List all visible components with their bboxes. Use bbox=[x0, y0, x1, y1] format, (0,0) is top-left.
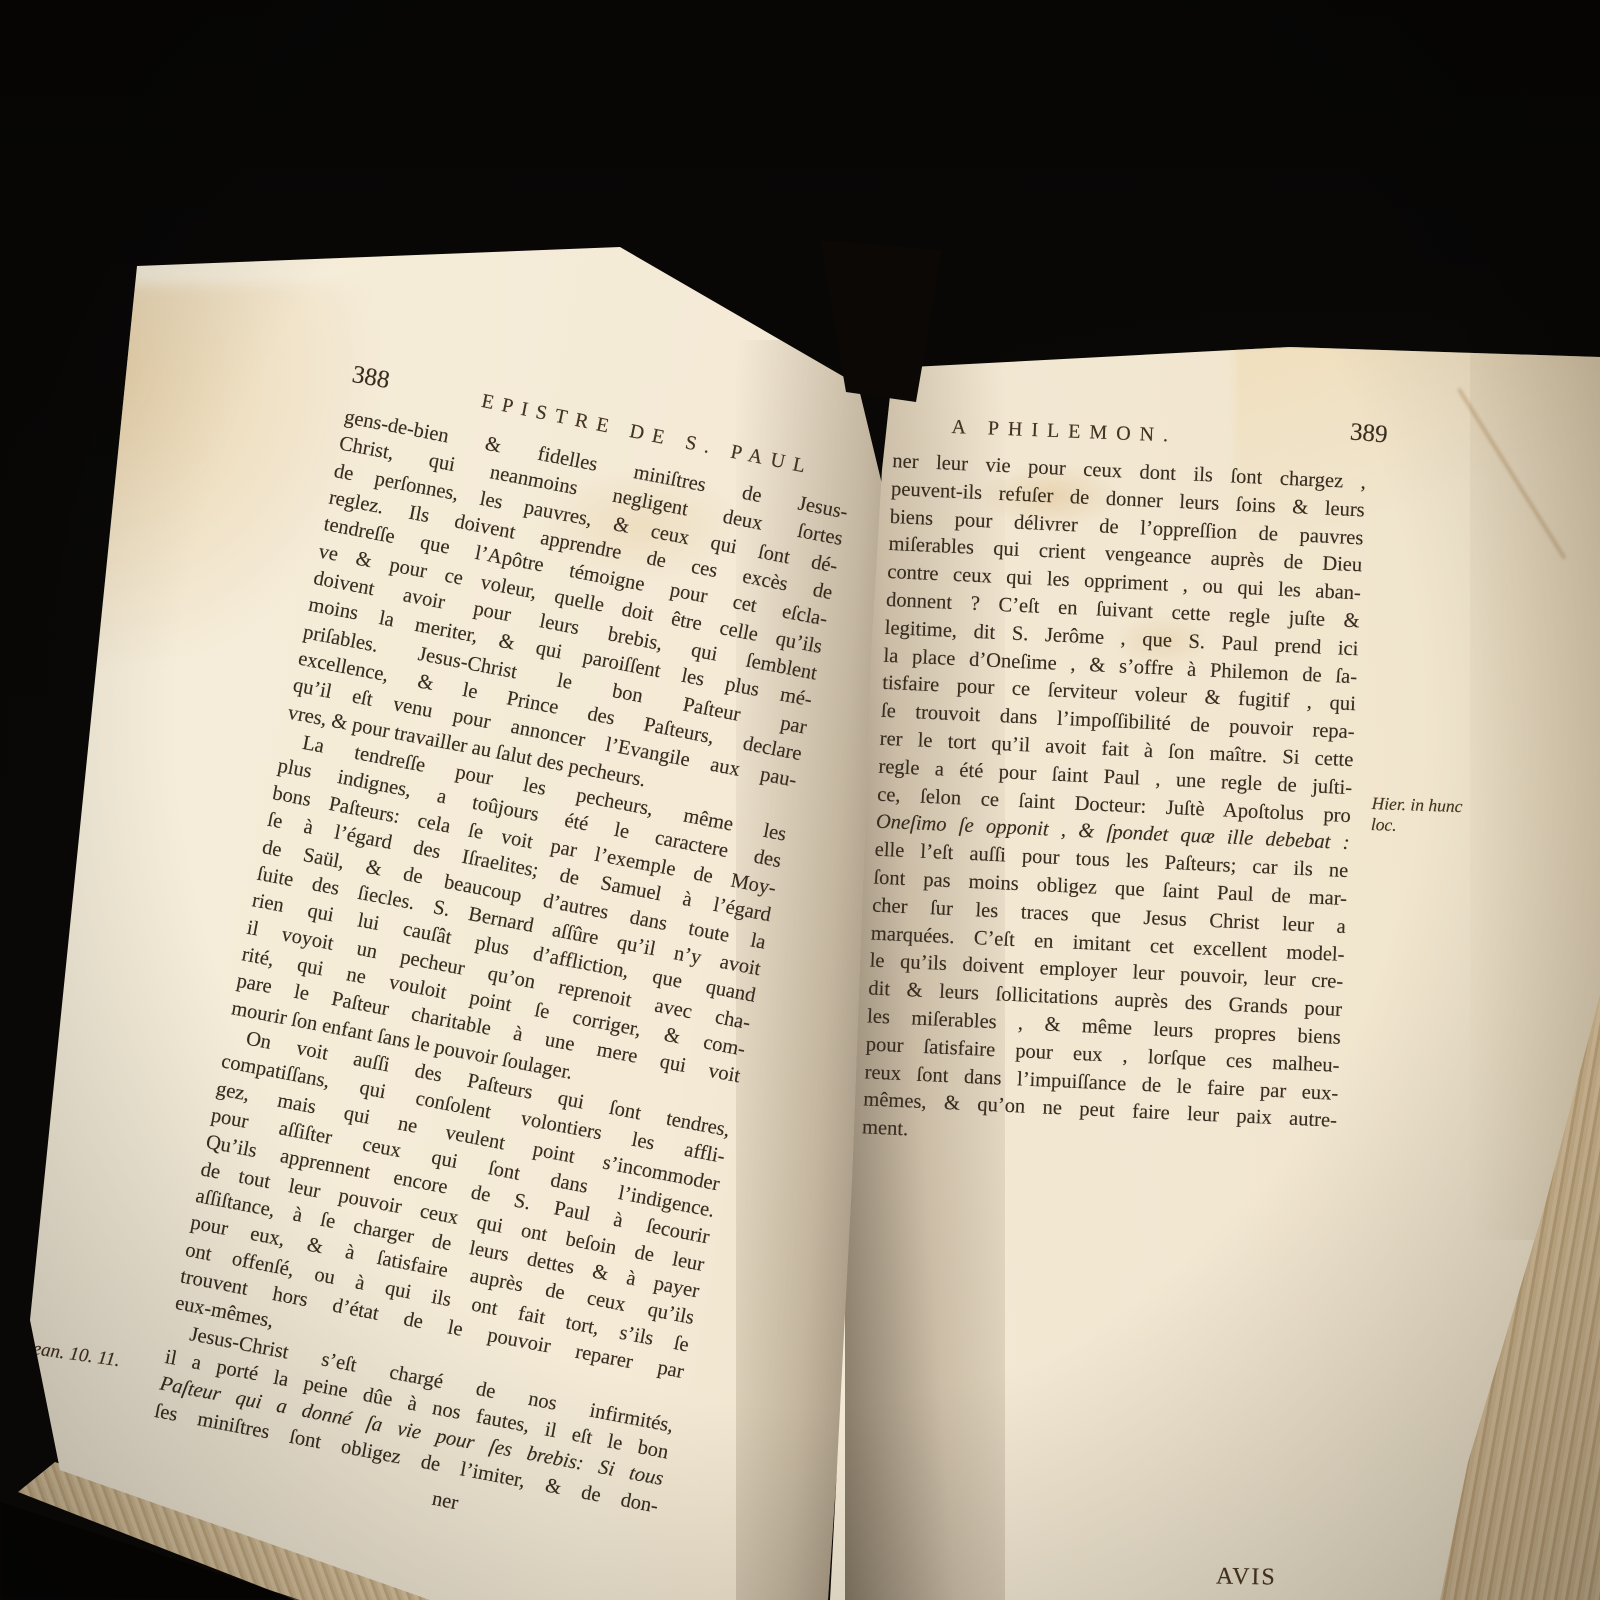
book-photo: 388 EPISTRE DE S. PAUL gens-de-bien & fi… bbox=[0, 0, 1600, 1600]
catchword-avis: AVIS bbox=[1216, 1563, 1277, 1591]
page-number-left: 388 bbox=[350, 361, 392, 395]
text-column-right: ner leur vie pour ceux dont ils ſont cha… bbox=[861, 448, 1366, 1164]
text-column-left: gens-de-bien & fidelles miniſtres de Jes… bbox=[152, 404, 850, 1521]
running-head-right: A PHILEMON. bbox=[951, 416, 1177, 448]
margin-note-jean: Jean. 10. 11. bbox=[23, 1337, 121, 1372]
margin-note-hier-line2: loc. bbox=[1371, 814, 1463, 838]
page-top-edge-tanning bbox=[888, 336, 1600, 356]
catchword-ner: ner bbox=[430, 1488, 460, 1516]
page-number-right: 389 bbox=[1349, 418, 1389, 449]
stain-edge-line bbox=[1457, 388, 1566, 559]
margin-note-hier: Hier. in hunc loc. bbox=[1371, 793, 1463, 838]
